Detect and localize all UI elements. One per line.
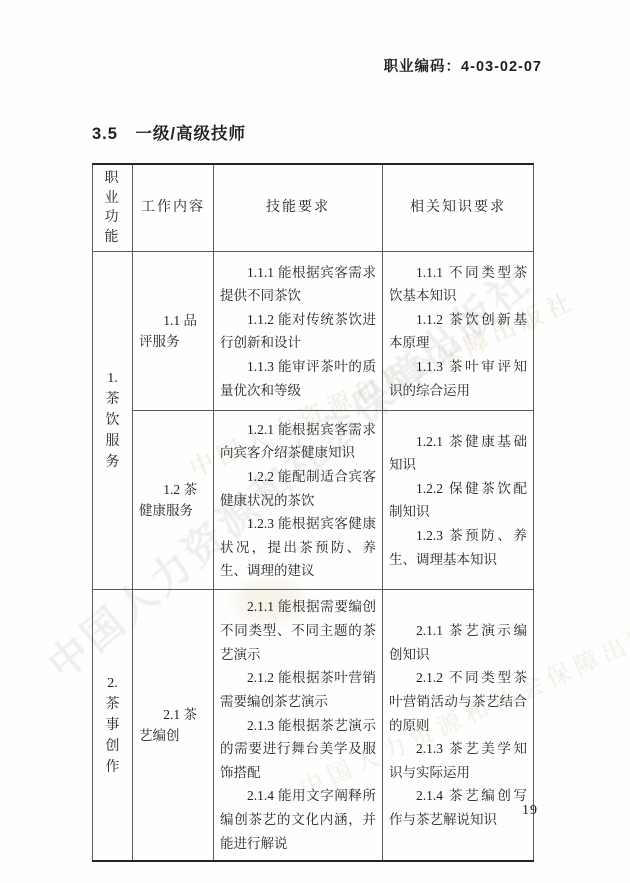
knowledge-item: 1.2.2 保健茶饮配制知识 [389, 477, 527, 524]
knowledge-item: 2.1.2 不同类型茶叶营销活动与茶艺结合的原则 [389, 666, 527, 737]
page-number: 19 [522, 803, 538, 819]
table-row: 1.2 茶健康服务 1.2.1 能根据宾客需求向宾客介绍茶健康知识 1.2.2 … [93, 411, 534, 590]
knowledge-cell: 1.1.1 不同类型茶饮基本知识 1.1.2 茶饮创新基本原理 1.1.3 茶叶… [383, 252, 534, 411]
skill-cell: 1.2.1 能根据宾客需求向宾客介绍茶健康知识 1.2.2 能配制适合宾客健康状… [214, 411, 383, 590]
function-cell-tea-service: 1. 茶 饮 服 务 [93, 252, 133, 590]
skill-item: 1.1.3 能审评茶叶的质量优次和等级 [220, 355, 376, 402]
skill-item: 1.2.2 能配制适合宾客健康状况的茶饮 [220, 465, 376, 512]
skill-cell: 1.1.1 能根据宾客需求提供不同茶饮 1.1.2 能对传统茶饮进行创新和设计 … [214, 252, 383, 411]
knowledge-item: 1.2.3 茶预防、养生、调理基本知识 [389, 524, 527, 571]
work-label: 1.1 品评服务 [139, 310, 207, 353]
skill-item: 2.1.4 能用文字阐释所编创茶艺的文化内涵，并能进行解说 [220, 784, 376, 855]
knowledge-item: 1.2.1 茶健康基础知识 [389, 430, 527, 477]
work-label: 1.2 茶健康服务 [139, 479, 207, 522]
knowledge-item: 1.1.3 茶叶审评知识的综合运用 [389, 355, 527, 402]
skill-item: 1.2.3 能根据宾客健康状况，提出茶预防、养生、调理的建议 [220, 512, 376, 583]
knowledge-item: 2.1.1 茶艺演示编创知识 [389, 619, 527, 666]
table-row: 1. 茶 饮 服 务 1.1 品评服务 1.1.1 能根据宾客需求提供不同茶饮 … [93, 252, 534, 411]
occupation-code: 职业编码：4-03-02-07 [384, 55, 542, 76]
skill-item: 1.2.1 能根据宾客需求向宾客介绍茶健康知识 [220, 418, 376, 465]
knowledge-item: 2.1.4 茶艺编创写作与茶艺解说知识 [389, 784, 527, 831]
work-cell: 2.1 茶艺编创 [133, 590, 214, 862]
skill-item: 2.1.2 能根据茶叶营销需要编创茶艺演示 [220, 666, 376, 713]
skill-cell: 2.1.1 能根据需要编创不同类型、不同主题的茶艺演示 2.1.2 能根据茶叶营… [214, 590, 383, 862]
table-header-row: 职业 功能 工作内容 技能要求 相关知识要求 [93, 164, 534, 252]
knowledge-item: 2.1.3 茶艺美学知识与实际运用 [389, 737, 527, 784]
work-cell: 1.1 品评服务 [133, 252, 214, 411]
skill-item: 1.1.2 能对传统茶饮进行创新和设计 [220, 308, 376, 355]
col-header-work: 工作内容 [133, 164, 214, 252]
skill-item: 2.1.3 能根据茶艺演示的需要进行舞台美学及服饰搭配 [220, 714, 376, 785]
knowledge-item: 1.1.1 不同类型茶饮基本知识 [389, 261, 527, 308]
skill-item: 1.1.1 能根据宾客需求提供不同茶饮 [220, 261, 376, 308]
table-row: 2. 茶 事 创 作 2.1 茶艺编创 2.1.1 能根据需要编创不同类型、不同… [93, 590, 534, 862]
knowledge-cell: 1.2.1 茶健康基础知识 1.2.2 保健茶饮配制知识 1.2.3 茶预防、养… [383, 411, 534, 590]
col-header-function: 职业 功能 [93, 164, 133, 252]
col-header-knowledge: 相关知识要求 [383, 164, 534, 252]
function-cell-tea-creation: 2. 茶 事 创 作 [93, 590, 133, 862]
knowledge-item: 1.1.2 茶饮创新基本原理 [389, 308, 527, 355]
skill-item: 2.1.1 能根据需要编创不同类型、不同主题的茶艺演示 [220, 595, 376, 666]
section-heading: 3.5 一级/高级技师 [92, 120, 246, 144]
col-header-skill: 技能要求 [214, 164, 383, 252]
knowledge-cell: 2.1.1 茶艺演示编创知识 2.1.2 不同类型茶叶营销活动与茶艺结合的原则 … [383, 590, 534, 862]
document-page: 中国人力资源和社会保障出版社 中国人力资源和社会保障出版社 中国人力资源和社会保… [0, 0, 630, 883]
work-label: 2.1 茶艺编创 [139, 704, 207, 747]
work-cell: 1.2 茶健康服务 [133, 411, 214, 590]
requirements-table: 职业 功能 工作内容 技能要求 相关知识要求 1. 茶 饮 服 务 1.1 品评… [92, 163, 534, 862]
